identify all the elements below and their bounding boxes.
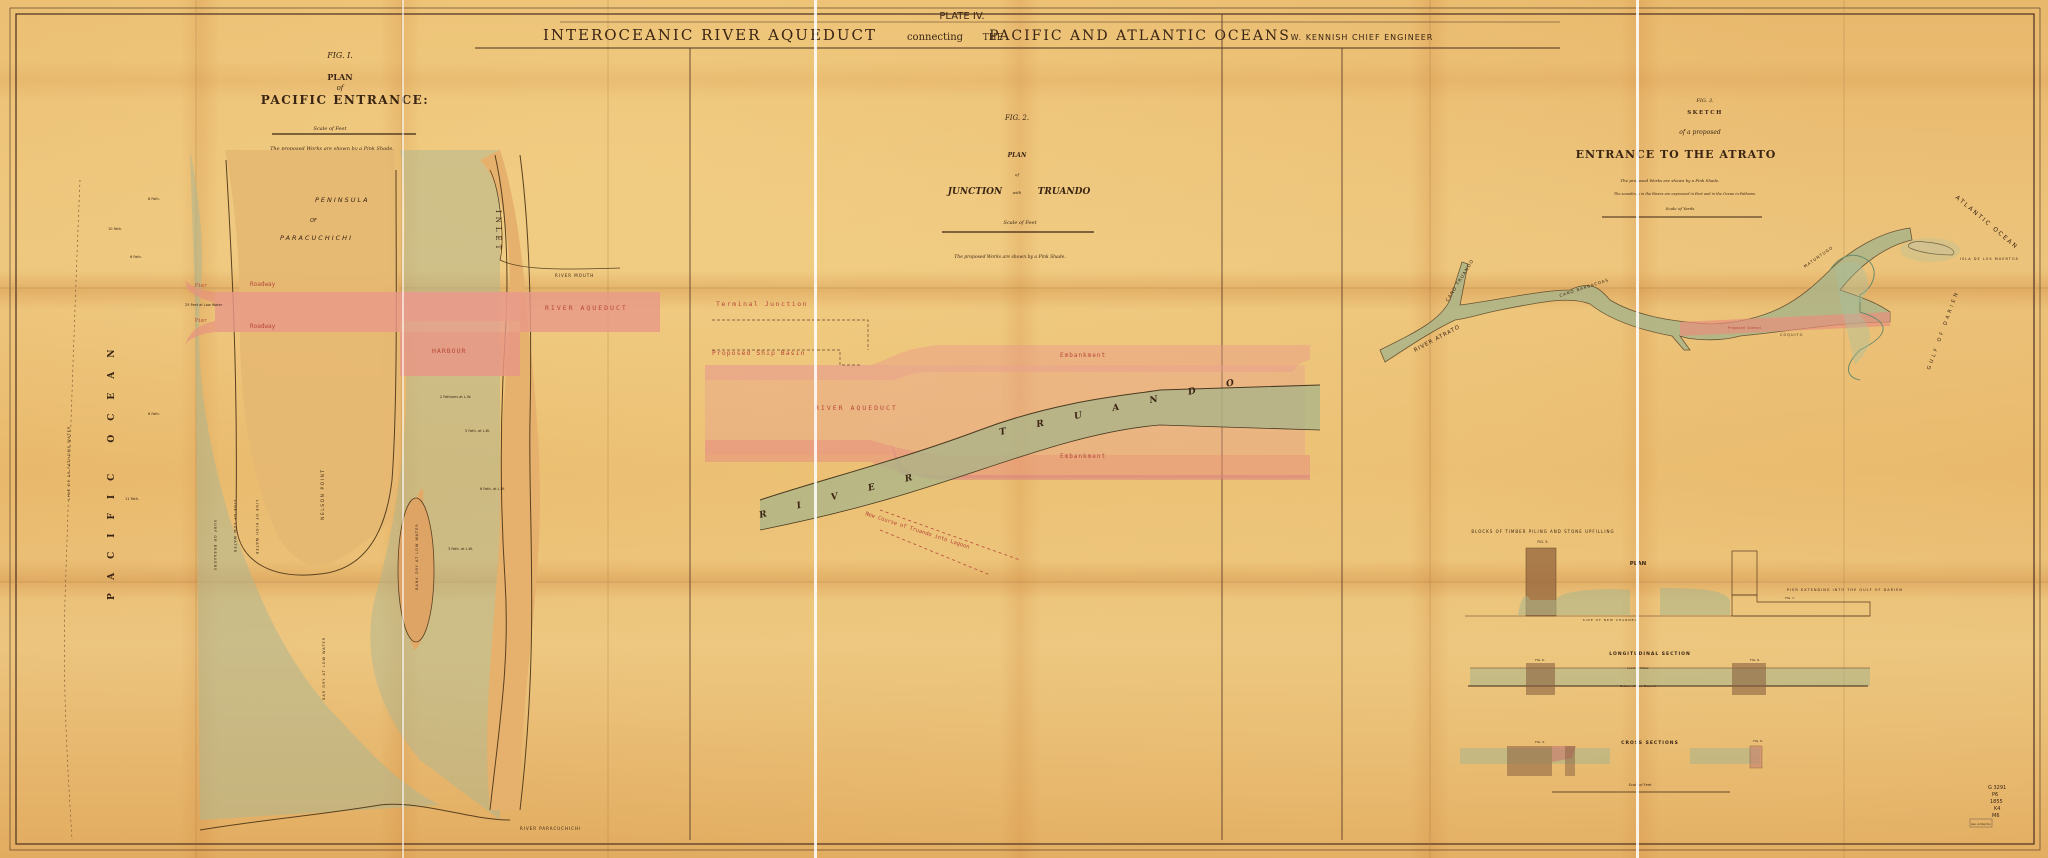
label-fig8: FIG. 8. <box>1750 658 1760 662</box>
label-new-course: New Course of Truando into Lagoon <box>864 511 970 550</box>
label-roadway-top: Roadway <box>250 281 276 288</box>
fig3-drawing: RIVER ATRATO CANO TRUANDO CANO BARBACOAS… <box>1380 194 2020 380</box>
sounding: 11 Fath. <box>125 497 139 501</box>
label-pier: PIER EXTENDING INTO THE GULF OF DARIEN <box>1787 588 1903 592</box>
label-bank-dry: BANK DRY AT LOW WATER <box>415 523 419 590</box>
svg-text:K4: K4 <box>1994 806 2000 812</box>
fig3-scale-label: Scale of Yards <box>1666 206 1695 211</box>
fig2-title-truando: TRUANDO <box>1038 187 1091 197</box>
label-fig9: FIG. 9. <box>1753 739 1763 743</box>
plate-title-oceans: PACIFIC AND ATLANTIC OCEANS <box>989 28 1291 44</box>
fig3-sketch: SKETCH <box>1687 110 1723 116</box>
fig2-number: FIG. 2. <box>1004 114 1029 122</box>
label-longitudinal: LONGITUDINAL SECTION <box>1609 651 1690 657</box>
fig1-water <box>64 150 620 840</box>
label-depth: 25 Feet at Low Water <box>185 303 223 307</box>
label-blocks-title: BLOCKS OF TIMBER PILING AND STONE UPFILL… <box>1471 529 1614 534</box>
fig1-scale-label: Scale of Feet <box>314 126 348 132</box>
fig2-note: The proposed Works are shown by a Pink S… <box>954 254 1066 260</box>
fold-line <box>402 0 404 858</box>
sounding: 10 Fath. <box>108 227 122 231</box>
label-low-water: LINE OF LOW WATER <box>233 500 237 553</box>
label-details-scale: Scale of Feet <box>1629 783 1652 787</box>
label-nelson-point: NELSON POINT <box>320 468 326 520</box>
fig2-of: of <box>1015 172 1020 177</box>
label-harbour: HARBOUR <box>432 347 466 355</box>
plate-engineer: W. KENNISH CHIEF ENGINEER <box>1291 33 1434 42</box>
fig1-of: of <box>337 84 345 92</box>
sounding: 5 Fath. at L.W. <box>465 429 490 433</box>
svg-text:M6: M6 <box>1992 813 2000 819</box>
sounding: 3 Fath. at L.W. <box>448 547 473 551</box>
label-river-aqueduct: RIVER AQUEDUCT <box>545 304 628 312</box>
label-inlet: INLET <box>494 210 502 253</box>
label-gulf-of-darien: GULF OF DARIEN <box>1926 289 1960 370</box>
label-matuntugo: MATUNTUGO <box>1803 245 1834 269</box>
fig2-plan: PLAN <box>1007 152 1027 159</box>
fig2-with: with <box>1013 190 1022 195</box>
label-paracuchichi: PARACUCHICHI <box>280 234 353 242</box>
label-fig2-river-aqueduct: RIVER AQUEDUCT <box>815 404 898 412</box>
fig1-number: FIG. I. <box>326 51 353 60</box>
label-pacific-ocean: PACIFIC OCEAN <box>107 336 117 600</box>
fig2-scale-label: Scale of Feet <box>1004 220 1038 226</box>
fig3-title: ENTRANCE TO THE ATRATO <box>1576 148 1777 161</box>
label-blocks-fig: FIG. 5. <box>1537 540 1548 544</box>
label-sand-bar: BAR DRY AT LOW WATER <box>322 637 326 700</box>
label-fathom-line: LINE OF 10 FATHOMS WATER <box>67 426 71 500</box>
label-fig6: FIG. 6. <box>1535 658 1545 662</box>
label-river-mouth: RIVER MOUTH <box>555 273 594 278</box>
fig1-plan: PLAN <box>327 72 352 82</box>
sounding: 6 Fath. <box>148 412 160 416</box>
label-pier-bottom: Pier <box>195 318 207 324</box>
label-ship-basin: Proposed Ship Basin <box>712 349 805 357</box>
fold-line <box>1636 0 1639 858</box>
label-side-channel: SIDE OF NEW CHANNEL <box>1583 618 1638 622</box>
svg-text:P6: P6 <box>1992 792 1998 798</box>
svg-text:G 3291: G 3291 <box>1988 785 2006 791</box>
sounding: 6 Fath. at L.W. <box>480 487 505 491</box>
label-surf: SURF OR BREAKERS <box>213 520 217 571</box>
svg-text:1855: 1855 <box>1990 799 2003 805</box>
label-terminal-junction: Terminal Junction <box>716 300 808 308</box>
label-pier-top: Pier <box>195 283 207 289</box>
label-roadway-bottom: Roadway <box>250 323 276 330</box>
fig2-drawing: Terminal Junction Proposed Ship Basin RI… <box>705 300 1320 575</box>
label-embankment-top: Embankment <box>1060 352 1106 359</box>
catalog-annotation: G 3291 P6 1855 K4 M6 Geo. & Map Div. <box>1970 785 2006 827</box>
label-pier-fig: FIG. 7. <box>1785 596 1795 600</box>
plate-title: INTEROCEANIC RIVER AQUEDUCT <box>543 26 877 44</box>
label-coquito: COQUITO <box>1780 333 1803 337</box>
label-atlantic-ocean: ATLANTIC OCEAN <box>1954 194 2020 251</box>
label-fig4: FIG. 4. <box>1535 740 1545 744</box>
sounding: 8 Fath. <box>148 197 160 201</box>
label-high-water: LINE OF HIGH WATER <box>255 500 259 555</box>
details-drawing: BLOCKS OF TIMBER PILING AND STONE UPFILL… <box>1460 529 1903 792</box>
label-peninsula: PENINSULA <box>315 196 370 204</box>
label-of: OF <box>310 218 317 224</box>
plate-label: PLATE IV. <box>939 11 984 22</box>
sounding: 6 Fath. <box>130 255 142 259</box>
plate-title-connector: connecting <box>907 32 964 43</box>
label-cross-sections: CROSS SECTIONS <box>1621 740 1679 746</box>
label-proposed-channel: Proposed Channel <box>1728 326 1762 330</box>
label-river-paracuchichi: RIVER PARACUCHICHI <box>520 826 581 831</box>
fold-line <box>814 0 817 858</box>
fig3-of-proposed: of a proposed <box>1679 129 1721 136</box>
label-isla-muertos: ISLA DE LOS MUERTOS <box>1960 257 2019 261</box>
svg-text:Geo. & Map Div.: Geo. & Map Div. <box>1971 822 1991 826</box>
map-drawing: PLATE IV. INTEROCEANIC RIVER AQUEDUCT co… <box>0 0 2048 858</box>
sounding: 2 Fathoms at L.W. <box>440 395 471 399</box>
fig3-number: FIG. 3. <box>1695 98 1714 104</box>
label-embankment-bottom: Embankment <box>1060 453 1106 460</box>
fig2-title-junction: JUNCTION <box>946 187 1003 197</box>
